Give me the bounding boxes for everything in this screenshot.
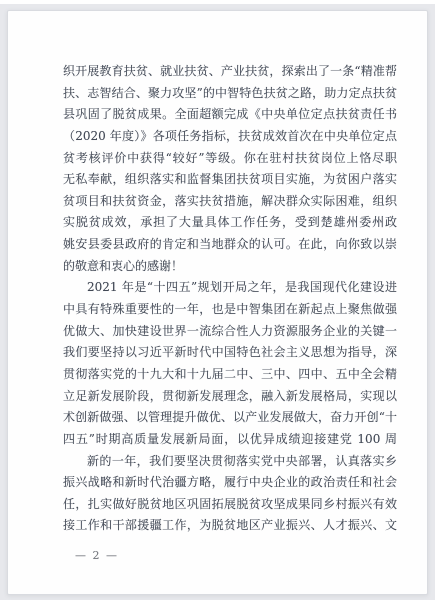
text-line: 贫考核评价中获得“较好”等级。你在驻村扶贫岗位上恪尽职守、 bbox=[63, 148, 397, 170]
document-page: 织开展教育扶贫、就业扶贫、产业扶贫，探索出了一条“精准帮扶、志智结合、聚力攻坚”… bbox=[7, 10, 428, 595]
text-line: 织开展教育扶贫、就业扶贫、产业扶贫，探索出了一条“精准帮 bbox=[63, 61, 397, 83]
text-line: 新的一年，我们要坚决贯彻落实党中央部署，认真落实乡村 bbox=[63, 451, 397, 473]
text-line: 2021 年是“十四五”规划开局之年，是我国现代化建设进程 bbox=[63, 277, 397, 299]
text-line: 无私奉献，组织落实和监督集团扶贫项目实施，为贫困户落实扶 bbox=[63, 169, 397, 191]
text-line: 任，扎实做好脱贫地区巩固拓展脱贫攻坚成果同乡村振兴有效衔 bbox=[63, 494, 397, 516]
text-line: 接工作和干部援疆工作，为脱贫地区产业振兴、人才振兴、文化 bbox=[63, 515, 397, 537]
text-line: 扶、志智结合、聚力攻坚”的中智特色扶贫之路，助力定点扶贫 bbox=[63, 83, 397, 105]
text-line: 贯彻落实党的十九大和十九届二中、三中、四中、五中全会精神， bbox=[63, 364, 397, 386]
text-line: 我们要坚持以习近平新时代中国特色社会主义思想为指导，深入 bbox=[63, 342, 397, 364]
text-line: 术创新做强、以管理提升做优、以产业发展做大，奋力开创“十 bbox=[63, 407, 397, 429]
text-line: 贫项目和扶贫资金，落实扶贫措施，解决群众实际困难，组织核 bbox=[63, 191, 397, 213]
text-line: 中具有特殊重要性的一年，也是中智集团在新起点上聚焦做强做 bbox=[63, 299, 397, 321]
text-line: 姚安县委县政府的肯定和当地群众的认可。在此，向你致以崇高 bbox=[63, 234, 397, 256]
text-line: 县巩固了脱贫成果。全面超额完成《中央单位定点扶贫责任书 bbox=[63, 104, 397, 126]
text-line: 优做大、加快建设世界一流综合性人力资源服务企业的关键一年。 bbox=[63, 321, 397, 343]
text-line: 四五”时期高质量发展新局面，以优异成绩迎接建党 100 周年！ bbox=[63, 429, 397, 451]
page-number: — 2 — bbox=[75, 549, 119, 562]
text-line: 立足新发展阶段，贯彻新发展理念，融入新发展格局，实现以技 bbox=[63, 386, 397, 408]
text-line: （2020 年度）》各项任务指标，扶贫成效首次在中央单位定点扶 bbox=[63, 126, 397, 148]
text-line: 的敬意和衷心的感谢！ bbox=[63, 256, 397, 278]
text-line: 振兴战略和新时代治疆方略，履行中央企业的政治责任和社会责 bbox=[63, 472, 397, 494]
text-line: 实脱贫成效，承担了大量具体工作任务，受到楚雄州委州政府、 bbox=[63, 212, 397, 234]
text-block: 织开展教育扶贫、就业扶贫、产业扶贫，探索出了一条“精准帮扶、志智结合、聚力攻坚”… bbox=[63, 61, 397, 537]
